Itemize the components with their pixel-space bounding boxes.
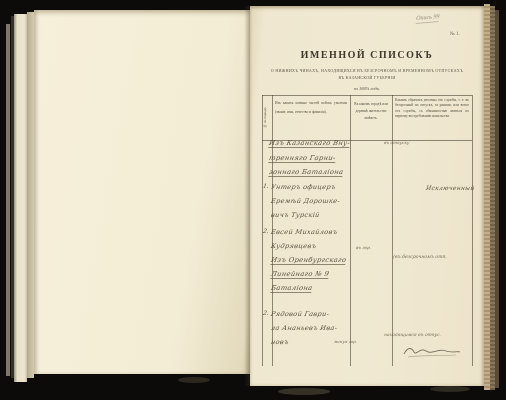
entry-row3-line3: новъ	[270, 338, 289, 346]
table-col4-header: Какимъ образомъ уволены отъ службы, т. е…	[395, 98, 469, 120]
entry-row3-line2: ла Ананьевъ Ива-	[270, 324, 338, 332]
document-subtitle-2: ВЪ КАЗАНСКОЙ ГУБЕРНІИ	[258, 75, 476, 80]
table-col2-header: Изъ какихъ именно частей войскъ уволены …	[275, 99, 347, 118]
document-title: ИМЕННОЙ СПИСОКЪ	[260, 50, 474, 61]
signature-flourish	[400, 344, 462, 360]
entry-section-b-line2: Линейнаго № 9	[270, 270, 330, 279]
entry-section-a-line1: Изъ Казанскаго Вну-	[268, 139, 350, 148]
entry-section-b-note: (въ безсрочномъ отп.	[393, 255, 448, 260]
sheet-number: № 1.	[450, 32, 460, 37]
entry-row3-line1: Рядовой Гаври-	[270, 310, 330, 318]
entry-row3-number: 2.	[262, 310, 269, 317]
document-subtitle-1: О НИЖНИХЪ ЧИНАХЪ, НАХОДЯЩИХСЯ ВЪ БЕЗСРОЧ…	[258, 68, 476, 73]
entry-row1-line1: Унтеръ офицеръ	[270, 183, 336, 191]
entry-row2-line2: Кудрявцевъ	[270, 242, 317, 250]
entry-row1-col4-note: Исключенный	[425, 185, 475, 192]
page-stack-edge	[14, 14, 27, 382]
page-bottom-shadow	[278, 388, 330, 395]
document-date-line: за 184⅞ годъ.	[258, 86, 476, 91]
entry-section-b-line1: Изъ Оренбургскаго	[270, 256, 347, 265]
entry-row3-col4-note: находящимся въ отпус.	[384, 333, 442, 338]
table-col1-header: № по порядку.	[263, 97, 271, 138]
entry-row2-line1: Евсей Михайловъ	[270, 228, 338, 236]
table-grid-line	[262, 95, 472, 96]
archival-pencil-note: Опись 99	[416, 14, 440, 24]
entry-row1-number: 1.	[262, 183, 269, 190]
page-stack-edge	[6, 24, 10, 376]
entry-section-a-line3: зоннаго Баталіона	[268, 168, 344, 177]
fore-edge-stack	[495, 10, 499, 388]
entry-row2-number: 2.	[262, 228, 269, 235]
table-grid-line	[350, 95, 351, 366]
entry-row3-col3-note: минуя гор.	[334, 339, 358, 344]
entry-section-a-note: въ отпуску	[384, 140, 410, 145]
table-grid-line	[472, 95, 473, 366]
blank-left-page	[34, 10, 250, 374]
document-page: Опись 99 № 1. ИМЕННОЙ СПИСОКЪ О НИЖНИХЪ …	[250, 6, 484, 386]
entry-row2-note: въ гор.	[356, 245, 372, 250]
entry-section-a-line2: тренняго Гарни-	[268, 154, 336, 163]
page-bottom-shadow	[178, 377, 210, 383]
entry-row1-line3: вичъ Турскій	[270, 211, 320, 219]
table-col3-header: Въ какомъ городѣ или деревнѣ жительство …	[352, 101, 390, 121]
page-bottom-shadow	[430, 386, 470, 392]
page-stack-edge	[27, 12, 34, 378]
entry-row1-line2: Еремѣй Дорошке-	[270, 197, 340, 205]
scanned-book-photo: Опись 99 № 1. ИМЕННОЙ СПИСОКЪ О НИЖНИХЪ …	[0, 0, 506, 400]
entry-section-b-line3: Баталіона	[270, 284, 313, 293]
table-grid-line	[392, 95, 393, 366]
